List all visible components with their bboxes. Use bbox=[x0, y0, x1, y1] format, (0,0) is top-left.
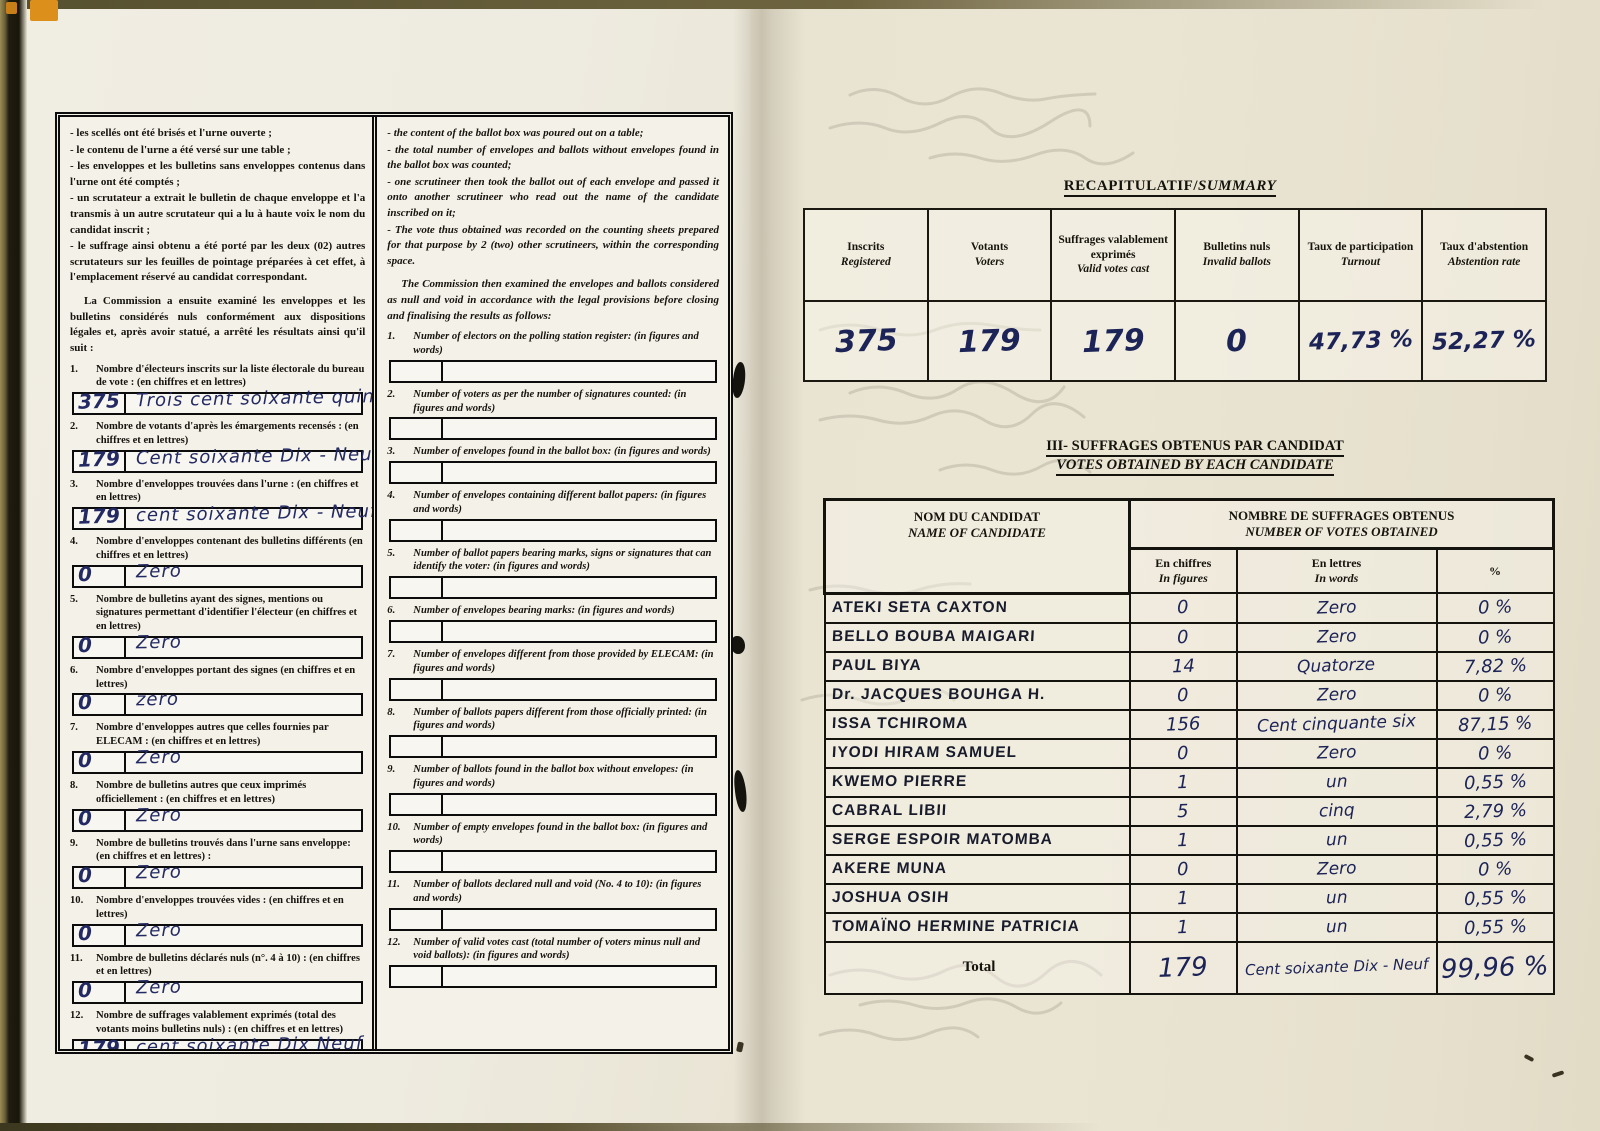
form-item-label: 2.Nombre de votants d'après les émargeme… bbox=[70, 420, 365, 448]
summary-header-fr: Taux de participation bbox=[1308, 241, 1414, 253]
handwritten-percent: 0,55 % bbox=[1463, 915, 1527, 938]
candidate-words-cell: Zero bbox=[1237, 855, 1437, 884]
handwritten-figure: 0 bbox=[78, 978, 93, 1002]
handwritten-figure: 0 bbox=[78, 633, 93, 657]
form-item-label: 9.Nombre de bulletins trouvés dans l'urn… bbox=[70, 837, 365, 865]
handwritten-figure: 0 bbox=[78, 561, 93, 585]
handwritten-summary-value: 179 bbox=[958, 322, 1022, 359]
summary-table: InscritsRegisteredVotantsVotersSuffrages… bbox=[803, 208, 1547, 382]
handwritten-percent: 0 % bbox=[1478, 742, 1513, 764]
form-item: 9.Number of ballots found in the ballot … bbox=[387, 763, 719, 816]
form-item-number: 3. bbox=[387, 445, 413, 459]
answer-figure-cell bbox=[391, 419, 443, 438]
answer-box bbox=[389, 678, 717, 701]
candidate-percent-cell: 0 % bbox=[1437, 623, 1554, 652]
header-in-figures: En chiffres In figures bbox=[1130, 549, 1237, 594]
answer-box bbox=[389, 850, 717, 873]
form-item-text: Number of valid votes cast (total number… bbox=[413, 936, 719, 964]
form-item-text: Number of voters as per the number of si… bbox=[413, 388, 719, 416]
english-bullet: the total number of envelopes and ballot… bbox=[387, 143, 719, 174]
candidate-figures-cell: 0 bbox=[1130, 593, 1237, 623]
candidate-figures-cell: 156 bbox=[1130, 710, 1237, 739]
handwritten-candidate-name: BELLO BOUBA MAIGARI bbox=[831, 628, 1036, 646]
summary-header-en: Registered bbox=[809, 255, 923, 270]
form-item-label: 8.Nombre de bulletins autres que ceux im… bbox=[70, 779, 365, 807]
answer-box bbox=[389, 908, 717, 931]
handwritten-words: Zero bbox=[1316, 742, 1356, 763]
candidate-figures-cell: 0 bbox=[1130, 623, 1237, 652]
form-item-number: 1. bbox=[387, 330, 413, 358]
handwritten-figure: 0 bbox=[78, 805, 93, 829]
answer-figure-cell bbox=[391, 521, 443, 540]
candidate-words-cell: cinq bbox=[1237, 797, 1437, 826]
candidate-name-cell: KWEMO PIERRE bbox=[825, 768, 1130, 797]
form-item-label: 3.Number of envelopes found in the ballo… bbox=[387, 445, 719, 459]
form-item: 6.Number of envelopes bearing marks: (in… bbox=[387, 604, 719, 643]
candidate-row: BELLO BOUBA MAIGARI0Zero0 % bbox=[825, 623, 1554, 652]
candidate-name-cell: PAUL BIYA bbox=[825, 652, 1130, 681]
candidate-words-cell: Cent cinquante six bbox=[1237, 710, 1437, 739]
answer-box bbox=[389, 735, 717, 758]
answer-words-cell: Zero bbox=[126, 983, 361, 1002]
candidate-name-cell: JOSHUA OSIH bbox=[825, 884, 1130, 913]
answer-figure-cell: 179 bbox=[74, 509, 126, 528]
candidate-percent-cell: 0 % bbox=[1437, 855, 1554, 884]
form-item-text: Nombre de bulletins ayant des signes, me… bbox=[96, 593, 365, 634]
form-item-text: Nombre d'enveloppes trouvées vides : (en… bbox=[96, 894, 365, 922]
handwritten-figures: 1 bbox=[1177, 916, 1189, 937]
answer-words-cell bbox=[443, 680, 715, 699]
form-item-number: 8. bbox=[70, 779, 96, 807]
answer-figure-cell bbox=[391, 795, 443, 814]
form-item: 8.Number of ballots papers different fro… bbox=[387, 706, 719, 759]
handwritten-candidate-name: IYODI HIRAM SAMUEL bbox=[831, 744, 1017, 762]
candidates-table: NOM DU CANDIDAT NAME OF CANDIDATE NOMBRE… bbox=[823, 498, 1555, 995]
summary-value-cell: 52,27 % bbox=[1422, 301, 1546, 381]
summary-header-cell: Suffrages valablement exprimésValid vote… bbox=[1051, 209, 1175, 301]
form-item-label: 10.Nombre d'enveloppes trouvées vides : … bbox=[70, 894, 365, 922]
handwritten-total-figures: 179 bbox=[1158, 952, 1209, 984]
candidate-words-cell: Quatorze bbox=[1237, 652, 1437, 681]
handwritten-candidate-name: PAUL BIYA bbox=[831, 657, 922, 675]
answer-figure-cell: 179 bbox=[74, 452, 126, 471]
handwritten-summary-value: 0 bbox=[1226, 323, 1248, 359]
answer-box: 179cent soixante Dix - Neuf bbox=[72, 507, 363, 530]
candidates-section-title: III- SUFFRAGES OBTENUS PAR CANDIDAT VOTE… bbox=[960, 438, 1430, 476]
form-item-label: 1.Number of electors on the polling stat… bbox=[387, 330, 719, 358]
handwritten-words: un bbox=[1325, 888, 1347, 909]
candidate-percent-cell: 0,55 % bbox=[1437, 826, 1554, 855]
binding-gutter-shadow bbox=[733, 0, 805, 1131]
french-items: 1.Nombre d'électeurs inscrits sur la lis… bbox=[70, 363, 365, 1049]
handwritten-figures: 0 bbox=[1177, 684, 1189, 705]
answer-words-cell: cent soixante Dix Neuf bbox=[126, 1041, 361, 1049]
answer-figure-cell bbox=[391, 967, 443, 986]
answer-words-cell: Trois cent soixante quinze bbox=[126, 394, 361, 413]
summary-header-fr: Inscrits bbox=[847, 241, 884, 253]
answer-box bbox=[389, 965, 717, 988]
form-item-text: Nombre de bulletins déclarés nuls (n°. 4… bbox=[96, 952, 365, 980]
candidate-name-cell: ISSA TCHIROMA bbox=[825, 710, 1130, 739]
handwritten-words: Cent cinquante six bbox=[1257, 711, 1417, 737]
scan-edge-bottom bbox=[0, 1123, 1100, 1131]
candidate-name-cell: ATEKI SETA CAXTON bbox=[825, 593, 1130, 623]
english-paragraph: The Commission then examined the envelop… bbox=[387, 277, 719, 324]
form-item: 10.Number of empty envelopes found in th… bbox=[387, 821, 719, 874]
candidate-words-cell: un bbox=[1237, 884, 1437, 913]
form-item-label: 11.Number of ballots declared null and v… bbox=[387, 878, 719, 906]
handwritten-candidate-name: TOMAÏNO HERMINE PATRICIA bbox=[831, 918, 1080, 936]
form-item-number: 7. bbox=[70, 721, 96, 749]
form-item-label: 4.Number of envelopes containing differe… bbox=[387, 489, 719, 517]
answer-figure-cell: 0 bbox=[74, 638, 126, 657]
summary-header-fr: Suffrages valablement exprimés bbox=[1058, 234, 1168, 261]
english-items: 1.Number of electors on the polling stat… bbox=[387, 330, 719, 988]
form-item-label: 11.Nombre de bulletins déclarés nuls (n°… bbox=[70, 952, 365, 980]
handwritten-percent: 0 % bbox=[1478, 626, 1513, 648]
summary-value-cell: 47,73 % bbox=[1299, 301, 1423, 381]
summary-header-cell: VotantsVoters bbox=[928, 209, 1052, 301]
answer-box: 0zero bbox=[72, 693, 363, 716]
answer-box: 0Zero bbox=[72, 636, 363, 659]
handwritten-words: cinq bbox=[1318, 800, 1354, 821]
summary-header-en: Voters bbox=[933, 255, 1047, 270]
answer-box: 0Zero bbox=[72, 866, 363, 889]
candidate-row: IYODI HIRAM SAMUEL0Zero0 % bbox=[825, 739, 1554, 768]
form-item-number: 11. bbox=[70, 952, 96, 980]
total-words-cell: Cent soixante Dix - Neuf bbox=[1237, 942, 1437, 994]
summary-header-cell: Bulletins nulsInvalid ballots bbox=[1175, 209, 1299, 301]
handwritten-percent: 0 % bbox=[1478, 858, 1513, 880]
answer-box: 0Zero bbox=[72, 924, 363, 947]
handwritten-candidate-name: CABRAL LIBII bbox=[831, 802, 947, 820]
answer-box: 375Trois cent soixante quinze bbox=[72, 392, 363, 415]
handwritten-summary-value: 179 bbox=[1081, 322, 1145, 359]
form-item: 2.Number of voters as per the number of … bbox=[387, 388, 719, 441]
answer-box bbox=[389, 519, 717, 542]
handwritten-words: Zero bbox=[136, 747, 182, 769]
answer-words-cell bbox=[443, 578, 715, 597]
scan-edge-top bbox=[0, 0, 1545, 9]
candidate-figures-cell: 1 bbox=[1130, 884, 1237, 913]
form-item-number: 12. bbox=[387, 936, 413, 964]
form-item: 1.Nombre d'électeurs inscrits sur la lis… bbox=[70, 363, 365, 416]
form-item: 7.Number of envelopes different from tho… bbox=[387, 648, 719, 701]
candidate-figures-cell: 0 bbox=[1130, 855, 1237, 884]
handwritten-words: Quatorze bbox=[1297, 655, 1376, 678]
answer-box: 179cent soixante Dix Neuf bbox=[72, 1039, 363, 1049]
handwritten-words: un bbox=[1325, 917, 1347, 938]
candidate-row: TOMAÏNO HERMINE PATRICIA1un0,55 % bbox=[825, 913, 1554, 942]
candidate-percent-cell: 0,55 % bbox=[1437, 768, 1554, 797]
form-item-text: Number of envelopes containing different… bbox=[413, 489, 719, 517]
form-item: 5.Nombre de bulletins ayant des signes, … bbox=[70, 593, 365, 659]
summary-value-cell: 179 bbox=[928, 301, 1052, 381]
handwritten-percent: 0 % bbox=[1478, 597, 1513, 619]
scanned-ballot-report: { "colors": {"paper":"#f0ede3","print_in… bbox=[0, 0, 1600, 1131]
form-item-text: Number of envelopes bearing marks: (in f… bbox=[413, 604, 719, 618]
form-item: 12.Number of valid votes cast (total num… bbox=[387, 936, 719, 989]
summary-values-row: 375179179047,73 %52,27 % bbox=[804, 301, 1546, 381]
form-item-text: Nombre d'enveloppes autres que celles fo… bbox=[96, 721, 365, 749]
answer-words-cell bbox=[443, 910, 715, 929]
handwritten-figure: 179 bbox=[78, 446, 121, 471]
form-item-number: 5. bbox=[387, 547, 413, 575]
answer-figure-cell: 0 bbox=[74, 868, 126, 887]
candidate-name-cell: SERGE ESPOIR MATOMBA bbox=[825, 826, 1130, 855]
summary-title: RECAPITULATIF/SUMMARY bbox=[960, 178, 1380, 195]
french-bullet: le suffrage ainsi obtenu a été porté par… bbox=[70, 239, 365, 286]
candidate-figures-cell: 0 bbox=[1130, 681, 1237, 710]
candidate-name-cell: IYODI HIRAM SAMUEL bbox=[825, 739, 1130, 768]
answer-figure-cell bbox=[391, 622, 443, 641]
answer-figure-cell bbox=[391, 852, 443, 871]
candidates-header-row-1: NOM DU CANDIDAT NAME OF CANDIDATE NOMBRE… bbox=[825, 500, 1554, 549]
answer-words-cell: Zero bbox=[126, 868, 361, 887]
candidate-figures-cell: 14 bbox=[1130, 652, 1237, 681]
candidate-row: ISSA TCHIROMA156Cent cinquante six87,15 … bbox=[825, 710, 1554, 739]
candidate-percent-cell: 0,55 % bbox=[1437, 913, 1554, 942]
candidate-row: Dr. JACQUES BOUHGA H.0Zero0 % bbox=[825, 681, 1554, 710]
answer-figure-cell: 179 bbox=[74, 1041, 126, 1049]
total-row: Total179Cent soixante Dix - Neuf99,96 % bbox=[825, 942, 1554, 994]
form-item-label: 7.Nombre d'enveloppes autres que celles … bbox=[70, 721, 365, 749]
candidate-row: SERGE ESPOIR MATOMBA1un0,55 % bbox=[825, 826, 1554, 855]
handwritten-words: Zero bbox=[1316, 858, 1356, 879]
answer-box: 0Zero bbox=[72, 809, 363, 832]
form-item-text: Number of envelopes different from those… bbox=[413, 648, 719, 676]
form-item-number: 6. bbox=[70, 664, 96, 692]
english-bullet: The vote thus obtained was recorded on t… bbox=[387, 223, 719, 270]
header-candidate-name: NOM DU CANDIDAT NAME OF CANDIDATE bbox=[825, 500, 1130, 594]
answer-box bbox=[389, 360, 717, 383]
french-column: les scellés ont été brisés et l'urne ouv… bbox=[60, 117, 377, 1049]
handwritten-percent: 0,55 % bbox=[1463, 828, 1527, 851]
form-item-number: 11. bbox=[387, 878, 413, 906]
form-item-label: 10.Number of empty envelopes found in th… bbox=[387, 821, 719, 849]
summary-header-en: Abstention rate bbox=[1427, 255, 1541, 270]
handwritten-words: Zero bbox=[136, 977, 182, 999]
ink-smudge bbox=[731, 636, 745, 654]
handwritten-words: Trois cent soixante quinze bbox=[136, 386, 377, 412]
form-item-label: 1.Nombre d'électeurs inscrits sur la lis… bbox=[70, 363, 365, 391]
answer-box bbox=[389, 793, 717, 816]
form-item-label: 12.Number of valid votes cast (total num… bbox=[387, 936, 719, 964]
french-paragraph: La Commission a ensuite examiné les enve… bbox=[70, 294, 365, 356]
handwritten-words: un bbox=[1325, 772, 1347, 793]
form-item-label: 9.Number of ballots found in the ballot … bbox=[387, 763, 719, 791]
form-item-number: 9. bbox=[70, 837, 96, 865]
handwritten-candidate-name: ISSA TCHIROMA bbox=[831, 715, 968, 733]
form-item-number: 10. bbox=[70, 894, 96, 922]
answer-box bbox=[389, 620, 717, 643]
answer-figure-cell bbox=[391, 578, 443, 597]
answer-words-cell: Cent soixante Dix - Neuf bbox=[126, 452, 361, 471]
polling-report-form: les scellés ont été brisés et l'urne ouv… bbox=[55, 112, 733, 1054]
candidate-percent-cell: 87,15 % bbox=[1437, 710, 1554, 739]
answer-figure-cell: 0 bbox=[74, 811, 126, 830]
form-item: 7.Nombre d'enveloppes autres que celles … bbox=[70, 721, 365, 774]
candidate-figures-cell: 1 bbox=[1130, 768, 1237, 797]
answer-words-cell bbox=[443, 967, 715, 986]
handwritten-words: un bbox=[1325, 830, 1347, 851]
candidate-percent-cell: 0 % bbox=[1437, 739, 1554, 768]
answer-words-cell bbox=[443, 362, 715, 381]
form-item-label: 5.Nombre de bulletins ayant des signes, … bbox=[70, 593, 365, 634]
summary-header-cell: InscritsRegistered bbox=[804, 209, 928, 301]
answer-words-cell: Zero bbox=[126, 638, 361, 657]
handwritten-figure: 0 bbox=[78, 863, 93, 887]
handwritten-percent: 0 % bbox=[1478, 684, 1513, 706]
handwritten-words: Zero bbox=[1316, 626, 1356, 647]
form-item: 3.Number of envelopes found in the ballo… bbox=[387, 445, 719, 484]
form-item: 11.Nombre de bulletins déclarés nuls (n°… bbox=[70, 952, 365, 1005]
french-bullet: un scrutateur a extrait le bulletin de c… bbox=[70, 191, 365, 238]
candidate-percent-cell: 0,55 % bbox=[1437, 884, 1554, 913]
answer-words-cell bbox=[443, 795, 715, 814]
answer-figure-cell bbox=[391, 362, 443, 381]
answer-figure-cell: 0 bbox=[74, 753, 126, 772]
orange-tab bbox=[30, 0, 58, 21]
total-label-cell: Total bbox=[825, 942, 1130, 994]
handwritten-words: Zero bbox=[1316, 597, 1356, 618]
candidate-percent-cell: 0 % bbox=[1437, 681, 1554, 710]
french-bullet-list: les scellés ont été brisés et l'urne ouv… bbox=[70, 126, 365, 286]
form-item-number: 7. bbox=[387, 648, 413, 676]
handwritten-summary-value: 375 bbox=[834, 322, 898, 359]
scan-edge-left bbox=[0, 0, 27, 1131]
summary-value-cell: 179 bbox=[1051, 301, 1175, 381]
handwritten-words: Zero bbox=[136, 560, 182, 582]
answer-words-cell bbox=[443, 852, 715, 871]
form-item: 3.Nombre d'enveloppes trouvées dans l'ur… bbox=[70, 478, 365, 531]
form-item-label: 12.Nombre de suffrages valablement expri… bbox=[70, 1009, 365, 1037]
handwritten-percent: 7,82 % bbox=[1463, 654, 1527, 677]
answer-box bbox=[389, 576, 717, 599]
form-item-number: 8. bbox=[387, 706, 413, 734]
handwritten-total-percent: 99,96 % bbox=[1441, 951, 1549, 985]
candidate-row: AKERE MUNA0Zero0 % bbox=[825, 855, 1554, 884]
handwritten-words: Zero bbox=[136, 862, 182, 884]
summary-header-fr: Taux d'abstention bbox=[1440, 241, 1528, 253]
handwritten-candidate-name: Dr. JACQUES BOUHGA H. bbox=[831, 686, 1045, 704]
candidate-words-cell: Zero bbox=[1237, 739, 1437, 768]
form-item-text: Nombre d'électeurs inscrits sur la liste… bbox=[96, 363, 365, 391]
form-item-number: 6. bbox=[387, 604, 413, 618]
handwritten-candidate-name: SERGE ESPOIR MATOMBA bbox=[831, 831, 1053, 849]
answer-figure-cell: 0 bbox=[74, 695, 126, 714]
answer-figure-cell bbox=[391, 737, 443, 756]
answer-words-cell bbox=[443, 737, 715, 756]
summary-header-en: Valid votes cast bbox=[1056, 262, 1170, 277]
answer-words-cell bbox=[443, 622, 715, 641]
form-item-label: 5.Number of ballot papers bearing marks,… bbox=[387, 547, 719, 575]
candidate-row: PAUL BIYA14Quatorze7,82 % bbox=[825, 652, 1554, 681]
form-item-label: 6.Nombre d'enveloppes portant des signes… bbox=[70, 664, 365, 692]
orange-tab-small bbox=[6, 2, 17, 14]
total-label: Total bbox=[832, 959, 1127, 976]
form-item-number: 4. bbox=[387, 489, 413, 517]
candidate-name-cell: BELLO BOUBA MAIGARI bbox=[825, 623, 1130, 652]
form-item-number: 10. bbox=[387, 821, 413, 849]
form-item: 8.Nombre de bulletins autres que ceux im… bbox=[70, 779, 365, 832]
handwritten-figures: 14 bbox=[1171, 655, 1195, 677]
candidate-row: ATEKI SETA CAXTON0Zero0 % bbox=[825, 593, 1554, 623]
candidate-words-cell: un bbox=[1237, 826, 1437, 855]
form-item-text: Nombre de suffrages valablement exprimés… bbox=[96, 1009, 365, 1037]
handwritten-words: Zero bbox=[136, 804, 182, 826]
handwritten-figures: 0 bbox=[1177, 597, 1189, 618]
candidate-percent-cell: 2,79 % bbox=[1437, 797, 1554, 826]
form-item: 11.Number of ballots declared null and v… bbox=[387, 878, 719, 931]
handwritten-summary-value: 52,27 % bbox=[1432, 326, 1537, 356]
candidates-title-fr: III- SUFFRAGES OBTENUS PAR CANDIDAT bbox=[1046, 438, 1344, 457]
form-item: 5.Number of ballot papers bearing marks,… bbox=[387, 547, 719, 600]
form-item-text: Nombre de bulletins autres que ceux impr… bbox=[96, 779, 365, 807]
form-item-text: Number of ballots papers different from … bbox=[413, 706, 719, 734]
answer-figure-cell: 0 bbox=[74, 567, 126, 586]
handwritten-figures: 1 bbox=[1177, 829, 1189, 850]
answer-box: 0Zero bbox=[72, 751, 363, 774]
form-item-text: Number of ballot papers bearing marks, s… bbox=[413, 547, 719, 575]
answer-words-cell bbox=[443, 419, 715, 438]
form-item-number: 2. bbox=[387, 388, 413, 416]
summary-value-cell: 0 bbox=[1175, 301, 1299, 381]
form-item: 12.Nombre de suffrages valablement expri… bbox=[70, 1009, 365, 1049]
summary-header-fr: Bulletins nuls bbox=[1203, 241, 1270, 253]
candidates-title-en: VOTES OBTAINED BY EACH CANDIDATE bbox=[1056, 457, 1333, 476]
form-item-text: Nombre de votants d'après les émargement… bbox=[96, 420, 365, 448]
form-item-text: Nombre d'enveloppes contenant des bullet… bbox=[96, 535, 365, 563]
handwritten-figure: 0 bbox=[78, 690, 93, 714]
handwritten-words: Cent soixante Dix - Neuf bbox=[136, 443, 377, 468]
candidate-words-cell: un bbox=[1237, 768, 1437, 797]
handwritten-figures: 1 bbox=[1177, 887, 1189, 908]
total-figures-cell: 179 bbox=[1130, 942, 1237, 994]
summary-value-cell: 375 bbox=[804, 301, 928, 381]
handwritten-percent: 2,79 % bbox=[1463, 799, 1527, 822]
form-item: 1.Number of electors on the polling stat… bbox=[387, 330, 719, 383]
summary-header-cell: Taux d'abstentionAbstention rate bbox=[1422, 209, 1546, 301]
form-item-text: Number of ballots declared null and void… bbox=[413, 878, 719, 906]
handwritten-percent: 87,15 % bbox=[1457, 712, 1532, 736]
form-item: 10.Nombre d'enveloppes trouvées vides : … bbox=[70, 894, 365, 947]
answer-figure-cell: 375 bbox=[74, 394, 126, 413]
answer-figure-cell bbox=[391, 680, 443, 699]
handwritten-figures: 1 bbox=[1177, 771, 1189, 792]
form-item-label: 2.Number of voters as per the number of … bbox=[387, 388, 719, 416]
handwritten-summary-value: 47,73 % bbox=[1308, 326, 1413, 356]
form-item: 4.Nombre d'enveloppes contenant des bull… bbox=[70, 535, 365, 588]
french-bullet: le contenu de l'urne a été versé sur une… bbox=[70, 143, 365, 159]
handwritten-candidate-name: KWEMO PIERRE bbox=[831, 773, 967, 791]
handwritten-figures: 0 bbox=[1177, 626, 1189, 647]
handwritten-figures: 5 bbox=[1177, 800, 1189, 821]
answer-figure-cell: 0 bbox=[74, 926, 126, 945]
form-item: 9.Nombre de bulletins trouvés dans l'urn… bbox=[70, 837, 365, 890]
form-item-label: 4.Nombre d'enveloppes contenant des bull… bbox=[70, 535, 365, 563]
answer-box bbox=[389, 461, 717, 484]
header-percent: % bbox=[1437, 549, 1554, 594]
summary-header-cell: Taux de participationTurnout bbox=[1299, 209, 1423, 301]
form-item-label: 8.Number of ballots papers different fro… bbox=[387, 706, 719, 734]
handwritten-figure: 375 bbox=[78, 388, 121, 413]
form-item-text: Nombre de bulletins trouvés dans l'urne … bbox=[96, 837, 365, 865]
candidate-row: CABRAL LIBII5cinq2,79 % bbox=[825, 797, 1554, 826]
candidate-words-cell: Zero bbox=[1237, 593, 1437, 623]
candidate-name-cell: TOMAÏNO HERMINE PATRICIA bbox=[825, 913, 1130, 942]
candidate-words-cell: Zero bbox=[1237, 623, 1437, 652]
